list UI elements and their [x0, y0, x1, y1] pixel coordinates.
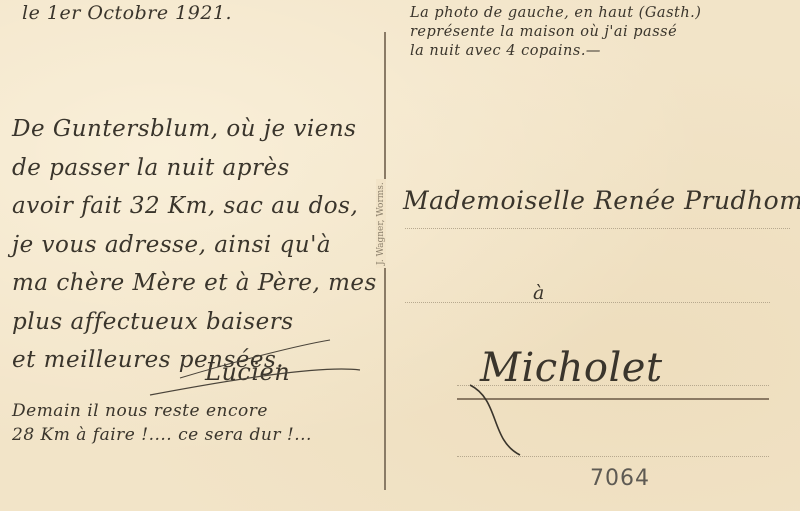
message-line: plus affectueux baisers [12, 303, 377, 342]
postscript: Demain il nous reste encore 28 Km à fair… [12, 399, 312, 447]
publisher-imprint: J. Wagner, Worms. [376, 179, 386, 268]
address-preposition: à [533, 282, 545, 304]
pencil-reference-number: 7064 [590, 466, 650, 491]
postscript-line: 28 Km à faire !.... ce sera dur !... [12, 423, 312, 447]
recipient-town: Micholet [480, 345, 663, 391]
address-dotted-line [405, 302, 770, 303]
photo-note-line: La photo de gauche, en haut (Gasth.) [410, 4, 701, 23]
message-line: et meilleures pensées. [12, 341, 377, 380]
postcard-back: J. Wagner, Worms. le 1er Octobre 1921. L… [0, 0, 800, 511]
message-line: de passer la nuit après [12, 149, 377, 188]
address-dotted-line [405, 228, 790, 229]
address-solid-line [457, 398, 769, 400]
message-line: je vous adresse, ainsi qu'à [12, 226, 377, 265]
message-body: De Guntersblum, où je viens de passer la… [12, 110, 377, 380]
photo-note-line: la nuit avec 4 copains.— [410, 42, 701, 61]
address-dotted-line [457, 456, 769, 457]
postscript-line: Demain il nous reste encore [12, 399, 312, 423]
photo-note-line: représente la maison où j'ai passé [410, 23, 701, 42]
message-line: avoir fait 32 Km, sac au dos, [12, 187, 377, 226]
letter-date: le 1er Octobre 1921. [22, 2, 232, 24]
message-line: De Guntersblum, où je viens [12, 110, 377, 149]
message-line: ma chère Mère et à Père, mes [12, 264, 377, 303]
recipient-name: Mademoiselle Renée Prudhomme [403, 186, 800, 215]
photo-note: La photo de gauche, en haut (Gasth.) rep… [410, 4, 701, 61]
signature: Lucien [205, 358, 290, 386]
